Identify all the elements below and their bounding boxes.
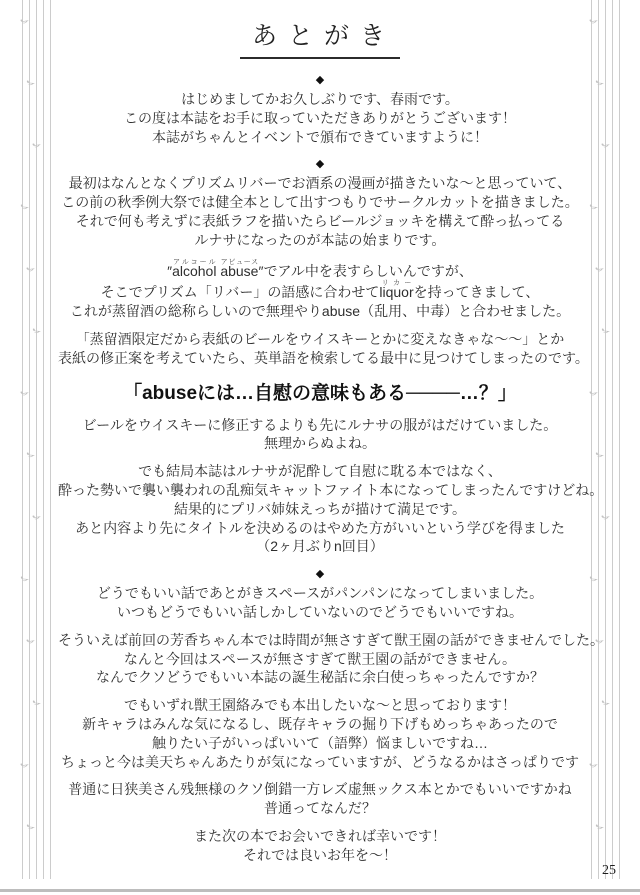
- text-line: どうでもいい話であとがきスペースがパンパンになってしまいました。: [58, 584, 582, 603]
- text-line: 酔った勢いで襲い襲われの乱痴気キャットファイト本になってしまったんですけどね。: [58, 481, 582, 500]
- music-note-icon: ♪: [587, 203, 602, 211]
- text-line: 普通ってなんだ？: [58, 799, 582, 818]
- music-note-icon: ♪: [587, 388, 602, 397]
- paragraph: また次の本でお会いできれば幸いです！それでは良いお年を～！: [58, 827, 582, 865]
- music-note-icon: ♪: [593, 79, 608, 87]
- text-line: 本誌がちゃんとイベントで頒布できていますように！: [58, 128, 582, 147]
- section-divider-icon: ◆: [58, 155, 582, 174]
- paragraph: 普通に日狭美さん残無様のクソ倒錯一方レズ虚無ックス本とかでもいいですかね普通って…: [58, 780, 582, 818]
- music-note-icon: ♪: [18, 575, 33, 583]
- text-line: それでは良いお年を～！: [58, 846, 582, 865]
- music-note-icon: ♪: [599, 512, 614, 521]
- music-note-icon: ♪: [587, 16, 602, 25]
- paragraph: はじめましてかお久しぶりです、春雨です。この度は本誌をお手に取っていただきありが…: [58, 90, 582, 146]
- music-note-icon: ♪: [30, 140, 45, 149]
- paragraph: 最初はなんとなくプリズムリバーでお酒系の漫画が描きたいな～と思っていて、この前の…: [58, 174, 582, 249]
- text-line: この度は本誌をお手に取っていただきありがとうございます！: [58, 109, 582, 128]
- text-line: なんでクソどうでもいい本誌の誕生秘話に余白使っちゃったんですか？: [58, 668, 582, 687]
- paragraph: ″alcoholアルコール abuseアビュース″でアル中を表すらしいんですが、…: [58, 259, 582, 321]
- text-line: あと内容より先にタイトルを決めるのはやめた方がいいという学びを得ました: [58, 519, 582, 538]
- afterword-page: ♪♪♪♪♪♪♪♪♪♪♪♪♪♪ ♪♪♪♪♪♪♪♪♪♪♪♪♪♪ あとがき ◆はじめま…: [0, 0, 640, 892]
- text-line: そこでプリズム「リバー」の語感に合わせてliquorリカーを持ってきまして、: [58, 280, 582, 302]
- text-line: そういえば前回の芳香ちゃん本では時間が無さすぎて獣王園の話ができませんでした。: [58, 631, 582, 650]
- text-line: また次の本でお会いできれば幸いです！: [58, 827, 582, 846]
- text-line: ″alcoholアルコール abuseアビュース″でアル中を表すらしいんですが、: [58, 259, 582, 281]
- text-line: はじめましてかお久しぶりです、春雨です。: [58, 90, 582, 109]
- music-note-icon: ♪: [24, 79, 39, 87]
- music-note-icon: ♪: [593, 264, 608, 273]
- music-note-icon: ♪: [30, 699, 45, 707]
- paragraph: でもいずれ獣王園絡みでも本出したいな～と思っております！新キャラはみんな気になる…: [58, 696, 582, 771]
- afterword-content: あとがき ◆はじめましてかお久しぶりです、春雨です。この度は本誌をお手に取ってい…: [58, 0, 582, 865]
- text-line: でも結局本誌はルナサが泥酔して自慰に耽る本ではなく、: [58, 462, 582, 481]
- page-title: あとがき: [240, 16, 400, 59]
- music-note-icon: ♪: [18, 203, 33, 211]
- text-line: （2ヶ月ぶりn回目）: [58, 537, 582, 556]
- page-number: 25: [602, 863, 616, 879]
- music-note-icon: ♪: [599, 699, 614, 707]
- text-line: なんと今回はスペースが無さすぎて獣王園の話ができません。: [58, 650, 582, 669]
- text-line: ルナサになったのが本誌の始まりです。: [58, 231, 582, 250]
- text-line: 表紙の修正案を考えていたら、英単語を検索してる最中に見つけてしまったのです。: [58, 349, 582, 368]
- text-line: 「蒸留酒限定だから表紙のビールをウイスキーとかに変えなきゃな～～」とか: [58, 330, 582, 349]
- text-line: いつもどうでもいい話しかしていないのでどうでもいいですね。: [58, 603, 582, 622]
- text-line: 触りたい子がいっぱいいて（語弊）悩ましいですね…: [58, 734, 582, 753]
- music-note-icon: ♪: [593, 823, 608, 831]
- text-line: それで何も考えずに表紙ラフを描いたらビールジョッキを構えて酔っ払ってる: [58, 212, 582, 231]
- text-line: これが蒸留酒の総称らしいので無理やりabuse（乱用、中毒）と合わせました。: [58, 302, 582, 321]
- music-note-icon: ♪: [24, 451, 39, 459]
- title-wrap: あとがき: [58, 16, 582, 59]
- music-note-icon: ♪: [18, 760, 33, 769]
- music-note-icon: ♪: [587, 760, 602, 769]
- section-divider-icon: ◆: [58, 565, 582, 584]
- music-note-icon: ♪: [30, 327, 45, 335]
- text-line: 「abuseには…自慰の意味もある────…？」: [58, 381, 582, 407]
- music-note-icon: ♪: [24, 264, 39, 273]
- paragraph: どうでもいい話であとがきスペースがパンパンになってしまいました。いつもどうでもい…: [58, 584, 582, 622]
- music-note-icon: ♪: [18, 16, 33, 25]
- music-note-icon: ♪: [24, 636, 39, 645]
- music-note-icon: ♪: [18, 388, 33, 397]
- music-note-icon: ♪: [599, 140, 614, 149]
- music-note-icon: ♪: [593, 451, 608, 459]
- text-line: ちょっと今は美天ちゃんあたりが気になっていますが、どうなるかはさっぱりです: [58, 753, 582, 772]
- music-staff-left: ♪♪♪♪♪♪♪♪♪♪♪♪♪♪: [22, 0, 51, 879]
- text-line: 結果的にプリバ姉妹えっちが描けて満足です。: [58, 500, 582, 519]
- music-note-icon: ♪: [599, 327, 614, 335]
- paragraph: ビールをウイスキーに修正するよりも先にルナサの服がはだけていました。無理からぬよ…: [58, 416, 582, 454]
- text-line: でもいずれ獣王園絡みでも本出したいな～と思っております！: [58, 696, 582, 715]
- afterword-body: ◆はじめましてかお久しぶりです、春雨です。この度は本誌をお手に取っていただきあり…: [58, 71, 582, 865]
- music-note-icon: ♪: [587, 575, 602, 583]
- text-line: 最初はなんとなくプリズムリバーでお酒系の漫画が描きたいな～と思っていて、: [58, 174, 582, 193]
- music-note-icon: ♪: [30, 512, 45, 521]
- section-divider-icon: ◆: [58, 71, 582, 90]
- headline-paragraph: 「abuseには…自慰の意味もある────…？」: [58, 381, 582, 407]
- music-note-icon: ♪: [24, 823, 39, 831]
- paragraph: でも結局本誌はルナサが泥酔して自慰に耽る本ではなく、酔った勢いで襲い襲われの乱痴…: [58, 462, 582, 556]
- text-line: 新キャラはみんな気になるし、既存キャラの掘り下げもめっちゃあったので: [58, 715, 582, 734]
- paragraph: 「蒸留酒限定だから表紙のビールをウイスキーとかに変えなきゃな～～」とか表紙の修正…: [58, 330, 582, 368]
- text-line: 普通に日狭美さん残無様のクソ倒錯一方レズ虚無ックス本とかでもいいですかね: [58, 780, 582, 799]
- music-staff-right: ♪♪♪♪♪♪♪♪♪♪♪♪♪♪: [591, 0, 620, 879]
- paragraph: そういえば前回の芳香ちゃん本では時間が無さすぎて獣王園の話ができませんでした。な…: [58, 631, 582, 687]
- text-line: ビールをウイスキーに修正するよりも先にルナサの服がはだけていました。: [58, 416, 582, 435]
- text-line: 無理からぬよね。: [58, 434, 582, 453]
- text-line: この前の秋季例大祭では健全本として出すつもりでサークルカットを描きました。: [58, 193, 582, 212]
